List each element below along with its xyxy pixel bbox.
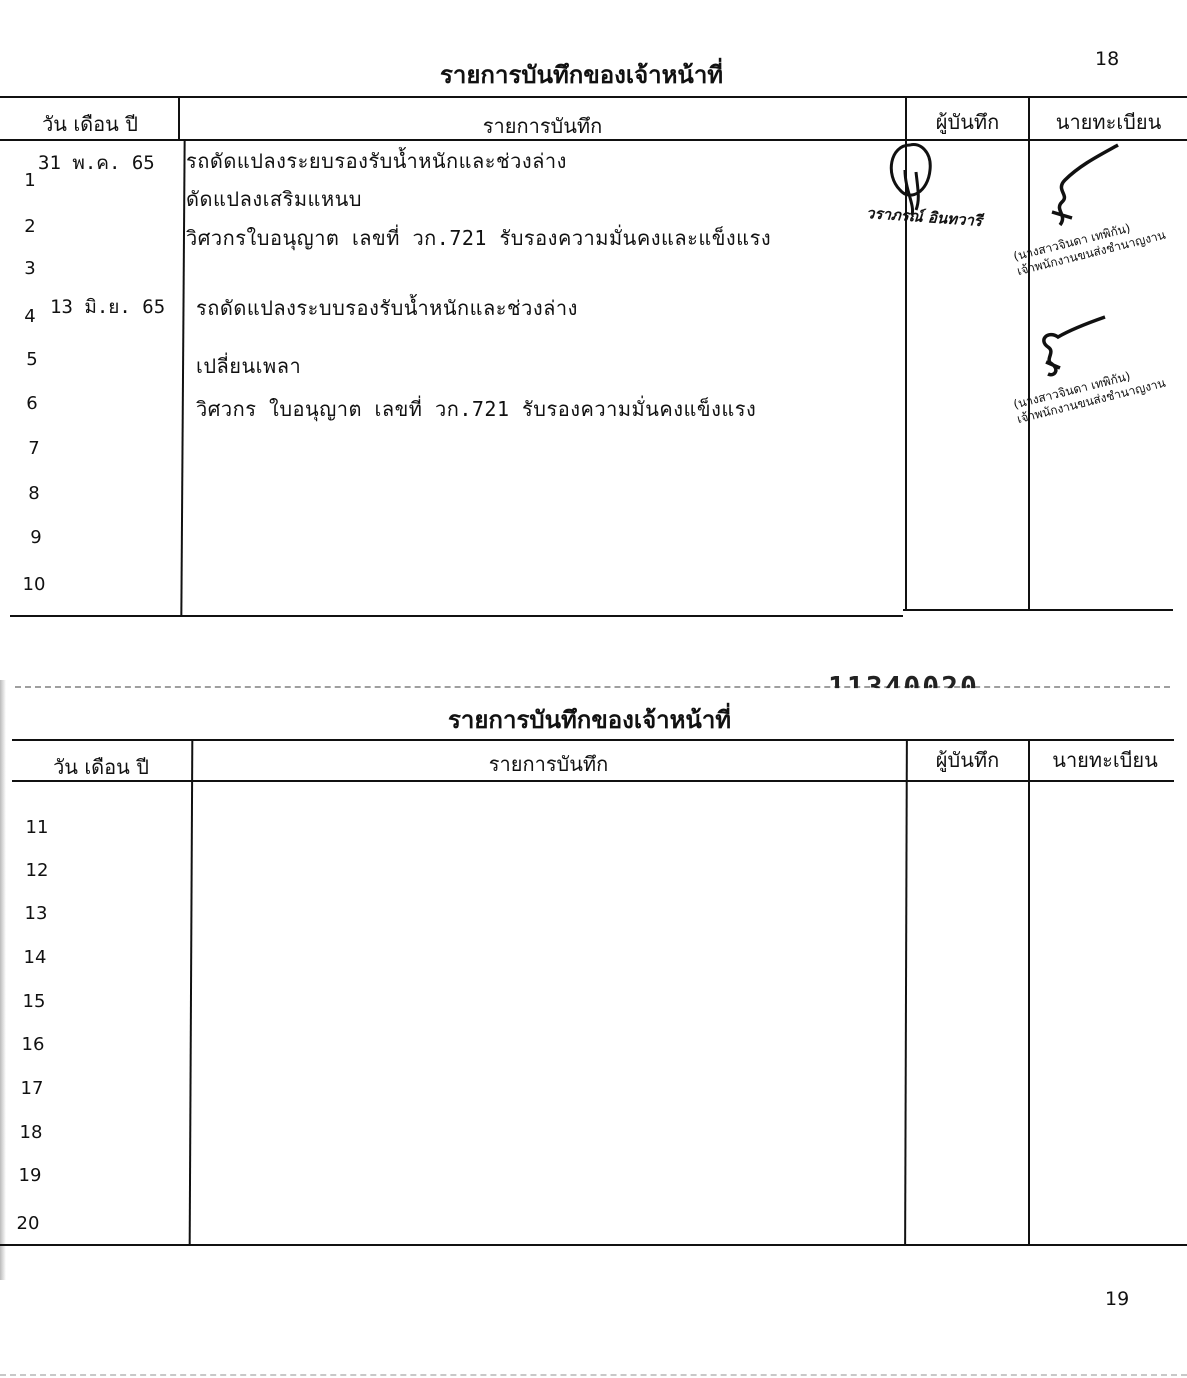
entry-line: วิศวกรใบอนุญาต เลขที่ วก.721 รับรองความม… — [186, 222, 771, 254]
page-bottom-edge — [0, 1374, 1187, 1377]
serial-number: 11340020 — [828, 670, 979, 703]
entry-line: วิศวกร ใบอนุญาต เลขที่ วก.721 รับรองความ… — [196, 393, 756, 425]
perforation-line — [15, 686, 1170, 689]
row-number: 6 — [17, 393, 47, 414]
entry-line: รถดัดแปลงระยบรองรับน้ำหนักและช่วงล่าง — [186, 145, 567, 177]
row-number: 10 — [19, 574, 49, 595]
page-title-top: รายการบันทึกของเจ้าหน้าที่ — [440, 55, 723, 94]
table-bottom-border-left — [10, 615, 903, 617]
page-title-bottom: รายการบันทึกของเจ้าหน้าที่ — [448, 700, 731, 739]
page-edge-shadow — [0, 680, 6, 1280]
row-number: 13 — [21, 903, 51, 924]
header-entry: รายการบันทึก — [192, 748, 905, 780]
entry-line: เปลี่ยนเพลา — [196, 350, 301, 382]
row-number: 19 — [15, 1165, 45, 1186]
header-recorder: ผู้บันทึก — [907, 744, 1028, 776]
row-number: 14 — [20, 947, 50, 968]
row-number: 8 — [19, 483, 49, 504]
row-number: 3 — [15, 258, 45, 279]
col-divider-2 — [904, 739, 908, 1245]
header-date: วัน เดือน ปี — [12, 751, 190, 783]
col-divider-1 — [180, 139, 185, 615]
row-number: 7 — [19, 438, 49, 459]
row-number: 17 — [17, 1078, 47, 1099]
page-number-top: 18 — [1095, 48, 1119, 70]
row-number: 11 — [22, 817, 52, 838]
row-number: 9 — [21, 527, 51, 548]
header-entry: รายการบันทึก — [180, 110, 905, 142]
table-bottom-border-right — [903, 609, 1173, 611]
page-number-bottom: 19 — [1105, 1288, 1129, 1310]
entry-date: 13 มิ.ย. 65 — [50, 292, 165, 322]
header-registrar: นายทะเบียน — [1030, 106, 1187, 138]
header-registrar: นายทะเบียน — [1030, 744, 1180, 776]
col-divider-3 — [1028, 739, 1030, 1245]
row-number: 12 — [22, 860, 52, 881]
recorder-name: วราภรณ์ อินทวารี — [865, 201, 982, 233]
row-number: 2 — [15, 216, 45, 237]
entry-date: 31 พ.ค. 65 — [38, 148, 155, 178]
col-divider-1 — [189, 739, 194, 1245]
table-bottom-border — [0, 1244, 1187, 1246]
row-number: 16 — [18, 1034, 48, 1055]
header-date: วัน เดือน ปี — [0, 108, 180, 140]
row-number: 4 — [15, 306, 45, 327]
entry-line: รถดัดแปลงระบบรองรับน้ำหนักและช่วงล่าง — [196, 292, 578, 324]
row-number: 5 — [17, 349, 47, 370]
entry-line: ดัดแปลงเสริมแหนบ — [186, 183, 362, 215]
row-number: 15 — [19, 991, 49, 1012]
header-recorder: ผู้บันทึก — [907, 106, 1028, 138]
row-number: 18 — [16, 1122, 46, 1143]
table-top-border — [12, 739, 1174, 741]
row-number: 20 — [13, 1213, 43, 1234]
